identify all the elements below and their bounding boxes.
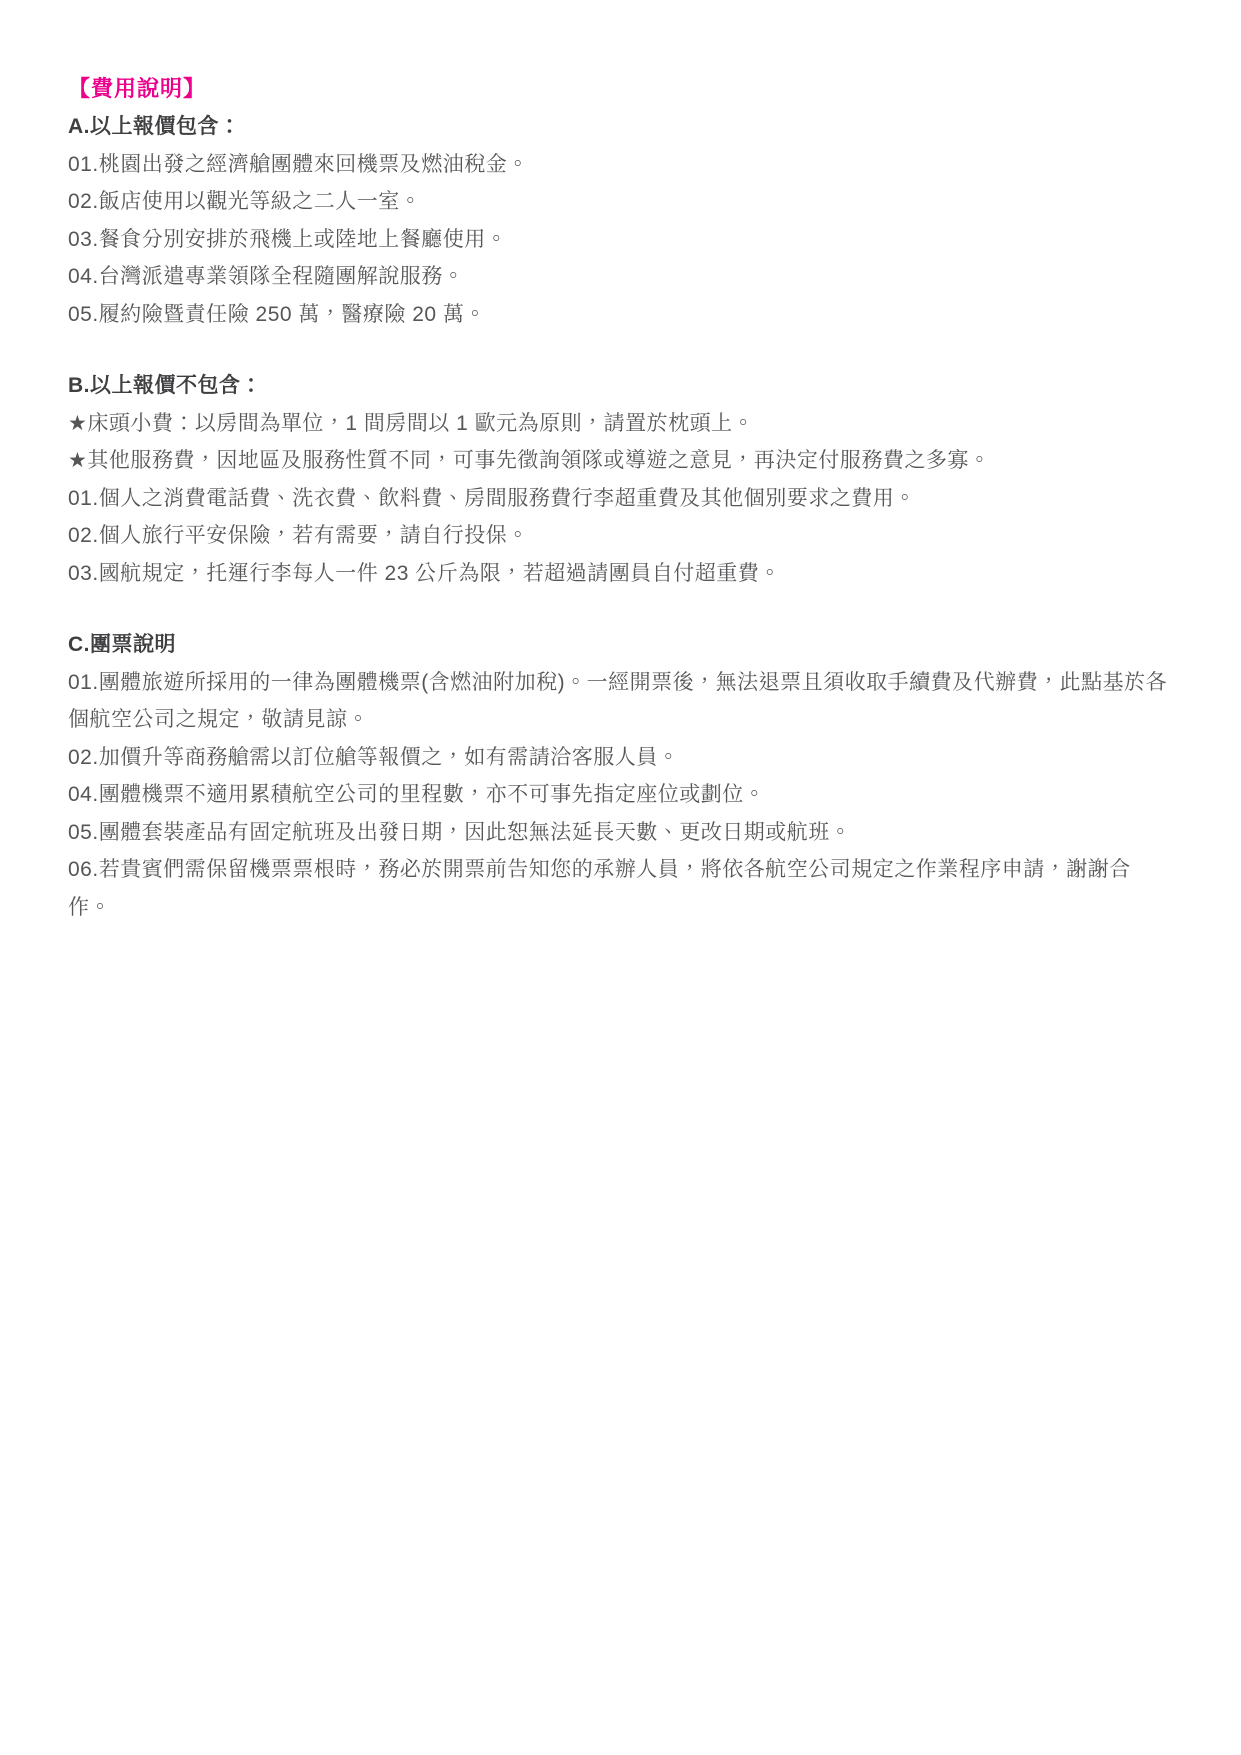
excluded-item-1: 01.個人之消費電話費、洗衣費、飲料費、房間服務費行李超重費及其他個別要求之費用… [68,480,1169,518]
included-item-5: 05.履約險暨責任險 250 萬，醫療險 20 萬。 [68,296,1169,334]
group-ticket-item-6: 06.若貴賓們需保留機票票根時，務必於開票前告知您的承辦人員，將依各航空公司規定… [68,851,1169,926]
excluded-item-other-service-fee: ★其他服務費，因地區及服務性質不同，可事先徵詢領隊或導遊之意見，再決定付服務費之… [68,442,1169,480]
section-price-excluded: B.以上報價不包含： ★床頭小費：以房間為單位，1 間房間以 1 歐元為原則，請… [68,367,1169,592]
included-item-4: 04.台灣派遣專業領隊全程隨團解說服務。 [68,258,1169,296]
section-price-included-heading: A.以上報價包含： [68,108,1169,146]
group-ticket-item-5: 05.團體套裝產品有固定航班及出發日期，因此恕無法延長天數、更改日期或航班。 [68,814,1169,852]
excluded-item-3: 03.國航規定，托運行李每人一件 23 公斤為限，若超過請團員自付超重費。 [68,555,1169,593]
section-group-ticket-heading: C.團票說明 [68,626,1169,664]
group-ticket-item-4: 04.團體機票不適用累積航空公司的里程數，亦不可事先指定座位或劃位。 [68,776,1169,814]
fee-description-page: 【費用說明】 A.以上報價包含： 01.桃園出發之經濟艙團體來回機票及燃油稅金。… [0,0,1241,1755]
included-item-1: 01.桃園出發之經濟艙團體來回機票及燃油稅金。 [68,146,1169,184]
excluded-item-2: 02.個人旅行平安保險，若有需要，請自行投保。 [68,517,1169,555]
group-ticket-item-2: 02.加價升等商務艙需以訂位艙等報價之，如有需請洽客服人員。 [68,739,1169,777]
section-price-excluded-heading: B.以上報價不包含： [68,367,1169,405]
included-item-3: 03.餐食分別安排於飛機上或陸地上餐廳使用。 [68,221,1169,259]
group-ticket-item-1: 01.團體旅遊所採用的一律為團體機票(含燃油附加稅)。一經開票後，無法退票且須收… [68,664,1169,739]
excluded-item-tip-bed: ★床頭小費：以房間為單位，1 間房間以 1 歐元為原則，請置於枕頭上。 [68,405,1169,443]
section-price-included: A.以上報價包含： 01.桃園出發之經濟艙團體來回機票及燃油稅金。 02.飯店使… [68,108,1169,333]
included-item-2: 02.飯店使用以觀光等級之二人一室。 [68,183,1169,221]
section-group-ticket-notes: C.團票說明 01.團體旅遊所採用的一律為團體機票(含燃油附加稅)。一經開票後，… [68,626,1169,926]
page-title: 【費用說明】 [68,70,1169,108]
